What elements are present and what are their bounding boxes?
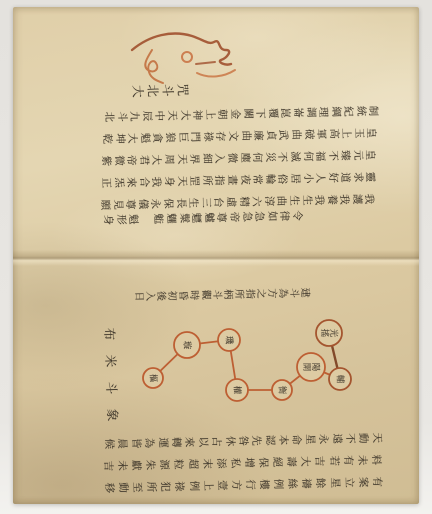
calligraphy-char: 命 — [289, 434, 303, 444]
calligraphy-char: 祿 — [172, 481, 186, 491]
calligraphy-char: 咎 — [236, 436, 250, 446]
star-label-fu: 輔 — [336, 374, 345, 385]
calligraphy-char: 輔 — [335, 375, 346, 384]
calligraphy-char: 陽 — [310, 363, 321, 372]
calligraphy-char: 晨 — [115, 438, 129, 448]
calligraphy-char: 例 — [186, 481, 200, 491]
calligraphy-char: 權 — [232, 386, 243, 395]
calligraphy-char: 料 — [369, 455, 383, 465]
calligraphy-char: 璣 — [224, 336, 235, 345]
calligraphy-char: 立 — [341, 477, 355, 487]
calligraphy-char: 以 — [196, 437, 210, 447]
calligraphy-char: 方 — [229, 480, 243, 490]
star-label-shu: 樞 — [149, 373, 158, 384]
calligraphy-char: 保 — [256, 457, 270, 467]
star-label-quan: 權 — [233, 385, 242, 396]
calligraphy-char: 有 — [370, 477, 384, 487]
calligraphy-char: 休 — [222, 436, 236, 446]
calligraphy-char: 朱 — [143, 460, 157, 470]
calligraphy-char: 有 — [340, 455, 354, 465]
calligraphy-char: 樓 — [257, 479, 271, 489]
calligraphy-char: 為 — [142, 438, 156, 448]
calligraphy-char: 源 — [157, 459, 171, 469]
calligraphy-char: 犯 — [158, 481, 172, 491]
calligraphy-char: 運 — [155, 438, 169, 448]
calligraphy-char: 占 — [209, 436, 223, 446]
calligraphy-char: 至 — [130, 482, 144, 492]
calligraphy-char: 永 — [316, 434, 330, 444]
calligraphy-char: 添 — [214, 458, 228, 468]
calligraphy-char: 絕 — [270, 457, 284, 467]
calligraphy-char: 若 — [326, 456, 340, 466]
calligraphy-char: 末 — [200, 458, 214, 468]
calligraphy-char: 所 — [144, 482, 158, 492]
calligraphy-char: 案 — [356, 477, 370, 487]
calligraphy-char: 認 — [263, 435, 277, 445]
calligraphy-char: 未 — [355, 455, 369, 465]
calligraphy-char: 餘 — [313, 478, 327, 488]
calligraphy-char: 超 — [185, 459, 199, 469]
calligraphy-char: 上 — [201, 480, 215, 490]
calligraphy-char: 移 — [102, 483, 116, 493]
calligraphy-char: 動 — [356, 433, 370, 443]
calligraphy-char: 壽 — [284, 457, 298, 467]
star-label-kaiyang: 開陽 — [302, 362, 320, 373]
star-label-ji: 璣 — [225, 335, 234, 346]
star-label-yaoguang: 搖光 — [320, 328, 338, 339]
calligraphy-char: 來 — [182, 437, 196, 447]
calligraphy-char: 行 — [243, 480, 257, 490]
calligraphy-char: 粒 — [171, 459, 185, 469]
calligraphy-char: 吉 — [312, 456, 326, 466]
calligraphy-char: 動 — [116, 482, 130, 492]
calligraphy-char: 光 — [328, 329, 339, 338]
calligraphy-char: 例 — [271, 479, 285, 489]
calligraphy-char: 獻 — [129, 460, 143, 470]
calligraphy-char: 先 — [249, 435, 263, 445]
star-label-heng: 衡 — [278, 385, 287, 396]
calligraphy-char: 大 — [298, 456, 312, 466]
calligraphy-char: 增 — [242, 458, 256, 468]
star-label-xuan: 璇 — [183, 340, 192, 351]
calligraphy-char: 遠 — [329, 434, 343, 444]
calligraphy-char: 禱 — [299, 478, 313, 488]
calligraphy-char: 絲 — [285, 479, 299, 489]
calligraphy-char: 天 — [370, 433, 384, 443]
calligraphy-char: 星 — [303, 434, 317, 444]
manuscript-photo: 大北斗咒 北斗九辰中天大神上朝金闕下覆崑崙調理綱紀統制 乾坤大魁貪狼巨門祿存文曲… — [0, 0, 432, 514]
calligraphy-char: 皆 — [129, 438, 143, 448]
calligraphy-char: 衡 — [277, 386, 288, 395]
calligraphy-char: 吉 — [101, 461, 115, 471]
calligraphy-char: 未 — [115, 460, 129, 470]
calligraphy-char: 私 — [228, 458, 242, 468]
calligraphy-char: 璇 — [182, 341, 193, 350]
calligraphy-char: 壹 — [215, 480, 229, 490]
calligraphy-char: 星 — [327, 478, 341, 488]
calligraphy-char: 樞 — [148, 374, 159, 383]
